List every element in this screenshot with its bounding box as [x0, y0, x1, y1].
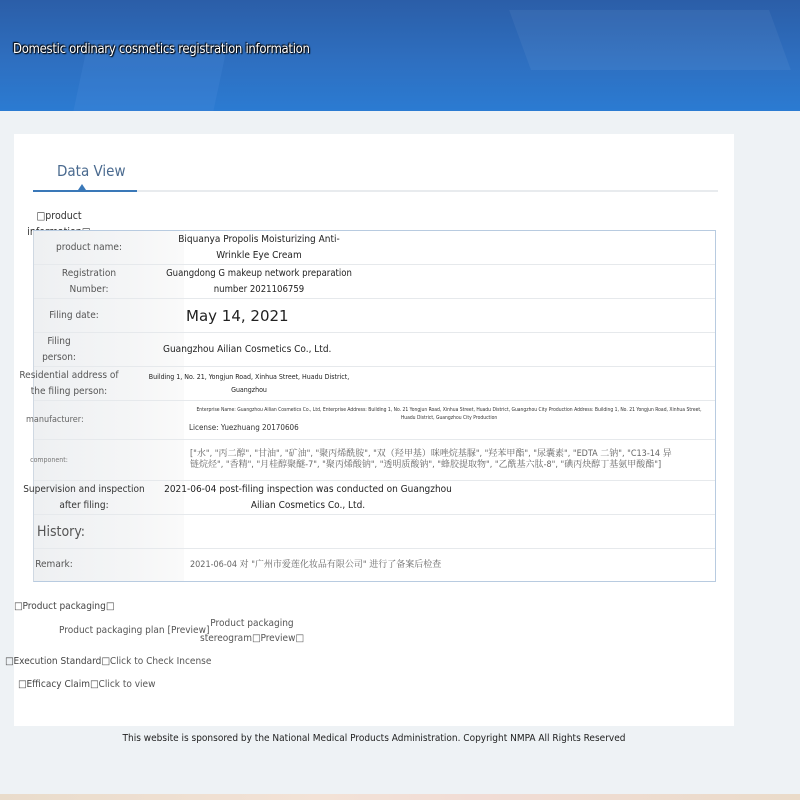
- manufacturer-enterprise: Enterprise Name: Guangzhou Ailian Cosmet…: [189, 406, 709, 422]
- row-label: Filing date:: [29, 299, 119, 332]
- filing-address-value: Building 1, No. 21, Yongjun Road, Xinhua…: [144, 367, 354, 400]
- product-info-table: product name: Biquanya Propolis Moisturi…: [33, 230, 716, 582]
- product-name-value: Biquanya Propolis Moisturizing Anti-Wrin…: [164, 231, 354, 264]
- efficacy-view-link[interactable]: Click to view: [99, 679, 156, 690]
- packaging-plan-link[interactable]: Product packaging plan [Preview]: [59, 625, 209, 636]
- bottom-strip: [0, 794, 800, 800]
- tab-data-view[interactable]: Data View: [57, 162, 126, 180]
- efficacy-claim-label: □Efficacy Claim□: [18, 679, 99, 690]
- footer-copyright: This website is sponsored by the Nationa…: [0, 733, 748, 744]
- tab-caret-icon: [78, 184, 86, 190]
- row-label: manufacturer:: [26, 401, 96, 439]
- row-label: Remark:: [34, 549, 74, 581]
- content-card: Data View □product information□ product …: [14, 134, 734, 726]
- packaging-stereogram-link[interactable]: Product packaging stereogram□Preview□: [200, 616, 304, 646]
- stereogram-link-line1[interactable]: Product packaging: [200, 616, 304, 631]
- row-label: Residential address of the filing person…: [14, 367, 124, 400]
- table-row: Supervision and inspection after filing:…: [34, 481, 715, 515]
- supervision-value: 2021-06-04 post-filing inspection was co…: [163, 481, 453, 514]
- manufacturer-value: Enterprise Name: Guangzhou Ailian Cosmet…: [189, 401, 709, 439]
- table-row: Residential address of the filing person…: [34, 367, 715, 401]
- registration-number-value: Guangdong G makeup network preparation n…: [164, 265, 354, 298]
- table-row: manufacturer: Enterprise Name: Guangzhou…: [34, 401, 715, 440]
- page-title: Domestic ordinary cosmetics registration…: [13, 42, 310, 57]
- product-packaging-heading: □Product packaging□: [14, 601, 114, 612]
- history-label: History:: [34, 515, 97, 548]
- table-row: component: ["水", "丙二醇", "甘油", "矿油", "聚丙烯…: [34, 440, 715, 481]
- remark-value: 2021-06-04 对 "广州市爱莲化妆品有限公司" 进行了备案后检查: [190, 549, 441, 581]
- check-incense-link[interactable]: Click to Check Incense: [110, 656, 211, 667]
- packaging-plan-preview-link[interactable]: Product packaging plan [Preview]: [59, 625, 209, 636]
- manufacturer-license: License: Yuezhuang 20170606: [189, 422, 709, 434]
- table-row: Filing person: Guangzhou Ailian Cosmetic…: [34, 333, 715, 367]
- tab-active-indicator: [33, 190, 137, 192]
- component-value: ["水", "丙二醇", "甘油", "矿油", "聚丙烯酰胺", "双（羟甲基…: [190, 440, 680, 480]
- row-label: Supervision and inspection after filing:: [14, 481, 154, 514]
- header-banner: Domestic ordinary cosmetics registration…: [0, 0, 800, 111]
- row-label: component:: [14, 440, 84, 480]
- execution-standard-label: □Execution Standard□: [5, 656, 110, 667]
- stereogram-link-line2[interactable]: stereogram□Preview□: [200, 631, 304, 646]
- execution-standard-row: □Execution Standard□Click to Check Incen…: [5, 656, 211, 667]
- table-row: Remark: 2021-06-04 对 "广州市爱莲化妆品有限公司" 进行了备…: [34, 549, 715, 581]
- row-label: Filing person:: [34, 333, 84, 366]
- filing-person-value: Guangzhou Ailian Cosmetics Co., Ltd.: [163, 333, 331, 366]
- efficacy-claim-row: □Efficacy Claim□Click to view: [18, 679, 155, 690]
- table-row: product name: Biquanya Propolis Moisturi…: [34, 231, 715, 265]
- table-row: History:: [34, 515, 715, 549]
- table-row: Filing date: May 14, 2021: [34, 299, 715, 333]
- filing-date-value: May 14, 2021: [186, 299, 289, 332]
- row-label: product name:: [14, 231, 164, 264]
- table-row: Registration Number: Guangdong G makeup …: [34, 265, 715, 299]
- row-label: Registration Number:: [44, 265, 134, 298]
